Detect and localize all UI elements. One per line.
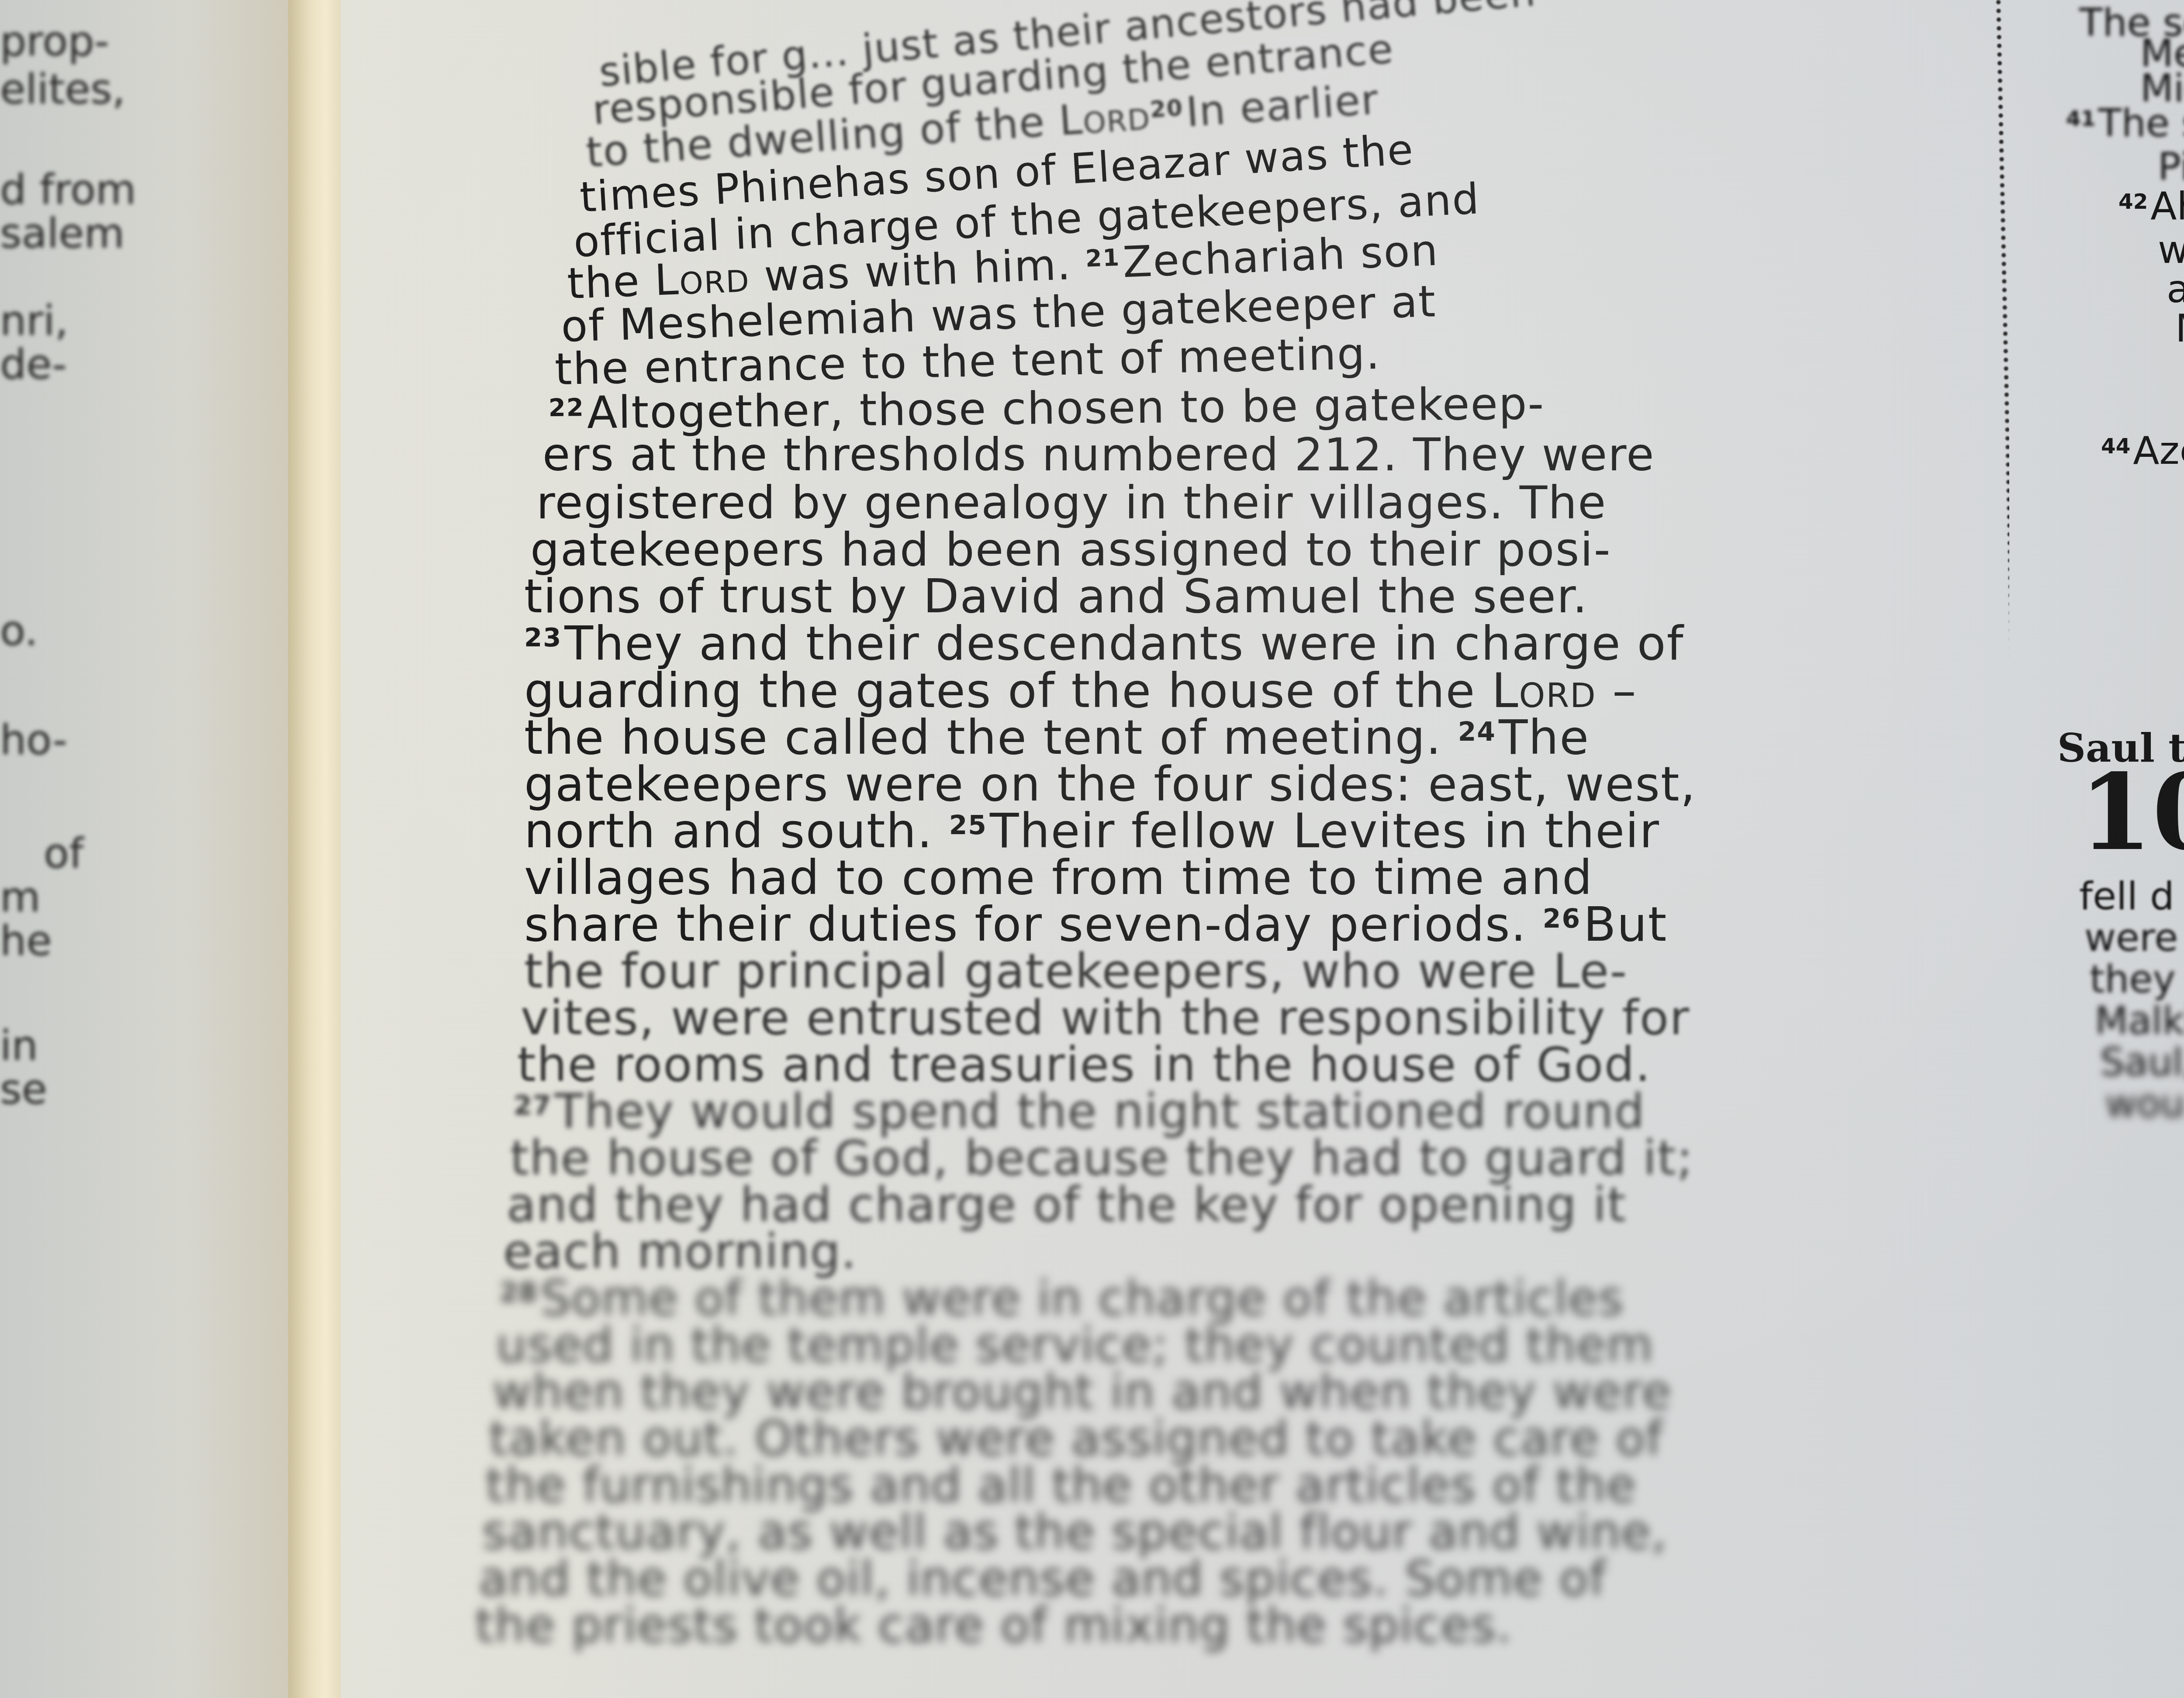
right-column-line: was xyxy=(2158,227,2184,272)
verse-number: 23 xyxy=(524,622,562,652)
verse-number: 20 xyxy=(1149,95,1184,123)
verse-text: tions of trust by David and Samuel the s… xyxy=(524,569,1588,624)
verse-number: 22 xyxy=(549,393,584,422)
verse-line: the priests took care of mixing the spic… xyxy=(475,1598,1512,1653)
chapter-text-line: were xyxy=(2084,915,2178,960)
verse-line: ers at the thresholds numbered 212. They… xyxy=(543,429,1655,481)
verse-number: 41 xyxy=(2066,107,2095,131)
left-page: prop-elites,d fromsalemnri,de-o.ho-ofmhe… xyxy=(0,0,306,1698)
left-page-text-fragment: salem xyxy=(0,210,124,258)
verse-text: – xyxy=(1597,663,1637,718)
column-divider-dotted xyxy=(1996,0,2009,1698)
right-column-line: 44Azel xyxy=(2101,428,2184,473)
left-page-text-fragment: in xyxy=(0,1022,38,1070)
right-column-line: and xyxy=(2167,266,2184,311)
verse-number: 24 xyxy=(1458,717,1496,747)
left-page-text-fragment: of xyxy=(44,830,84,878)
verse-number: 42 xyxy=(2118,190,2148,214)
verse-text: Azel xyxy=(2133,428,2184,473)
left-page-text-fragment: de- xyxy=(0,341,67,389)
chapter-text-line: Malki xyxy=(2095,998,2184,1043)
book-gutter xyxy=(288,0,349,1698)
verse-text: gatekeepers had been assigned to their p… xyxy=(530,523,1611,576)
chapter-text-line: fell d xyxy=(2079,873,2174,918)
verse-text: ers at the thresholds numbered 212. They… xyxy=(543,429,1655,481)
left-page-text-fragment: nri, xyxy=(0,297,68,345)
right-column-line: Pith xyxy=(2158,144,2184,189)
chapter-text-line: Saul, xyxy=(2100,1039,2184,1084)
left-page-text-fragment: d from xyxy=(0,166,136,214)
left-page-text-fragment: se xyxy=(0,1066,47,1114)
left-page-text-fragment: o. xyxy=(0,607,38,655)
verse-text: Mo xyxy=(2175,306,2184,351)
verse-line: registered by genealogy in their village… xyxy=(536,476,1607,529)
chapter-text-line: they xyxy=(2090,956,2176,1001)
verse-number: 27 xyxy=(514,1091,552,1121)
verse-number: 44 xyxy=(2101,434,2130,459)
verse-number: 21 xyxy=(1085,244,1120,273)
divine-name-small-caps: Lord xyxy=(1057,91,1152,145)
verse-text: registered by genealogy in their village… xyxy=(536,476,1607,529)
left-page-text-fragment: ho- xyxy=(0,716,67,764)
right-column-line: 41The so xyxy=(2066,100,2184,145)
verse-text: was xyxy=(2158,227,2184,272)
verse-line: gatekeepers had been assigned to their p… xyxy=(530,523,1611,576)
right-column-line: 42Aha xyxy=(2118,183,2184,228)
verse-text: Aha xyxy=(2150,183,2184,228)
chapter-number: 10 xyxy=(2079,760,2184,865)
right-column-line: Mo xyxy=(2175,306,2184,351)
left-page-text-fragment: he xyxy=(0,917,52,965)
left-page-text-fragment: elites, xyxy=(0,66,125,114)
left-page-text-fragment: prop- xyxy=(0,17,109,66)
chapter-text-line: wou xyxy=(2105,1081,2184,1126)
right-page: Saul ta 10 The seMelMica41The soPith42Ah… xyxy=(2009,0,2184,1698)
verse-text: Pith xyxy=(2158,144,2184,189)
verse-number: 26 xyxy=(1543,904,1581,934)
verse-number: 25 xyxy=(949,810,987,841)
verse-text: the priests took care of mixing the spic… xyxy=(475,1598,1512,1653)
verse-text: and xyxy=(2167,266,2184,311)
verse-line: tions of trust by David and Samuel the s… xyxy=(524,569,1588,624)
verse-number: 28 xyxy=(500,1277,538,1308)
center-page: sible for g... just as their ancestors h… xyxy=(341,0,2009,1698)
left-page-text-fragment: m xyxy=(0,873,41,921)
verse-text: The so xyxy=(2098,100,2184,145)
